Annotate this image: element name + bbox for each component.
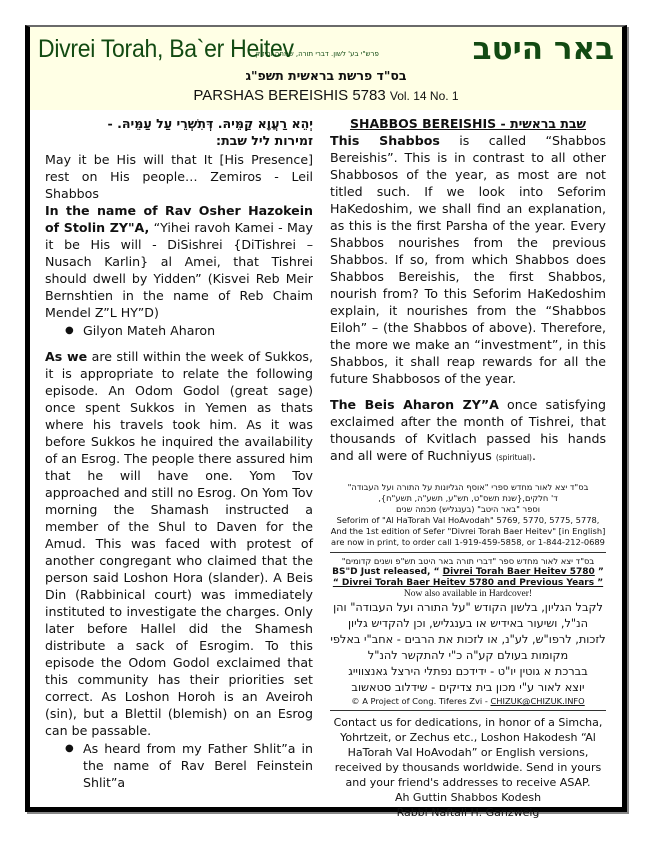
left-column: יְהֵא רַעֲוָא קַמֵּיהּ. דְּתִשְׁרֵי עַל … [45,115,313,791]
hardcover-note: Now also available in Hardcover! [330,589,606,600]
beis-aharon-paragraph: The Beis Aharon ZY”A once satisfying exc… [330,396,606,466]
ad1-he1: בס"ד יצא לאור מחדש ספרי "אוסף הגליונות ע… [330,482,606,493]
shabbos-paragraph: This Shabbos is called “Shabbos Bereishi… [330,132,606,387]
ad2-release-line: BS"D Just released, “ Divrei Torah Baer … [330,567,606,578]
greeting: Ah Guttin Shabbos Kodesh [330,790,606,805]
bullet-icon: ● [65,322,83,339]
contact-box: Contact us for dedications, in honor of … [330,711,606,820]
volume-number: Vol. 14 No. 1 [390,89,459,103]
title-subtitle-hebrew: פרש"י בע' לשון. דברי תורה, שמחה וחיזוק. [253,50,379,58]
section-title: SHABBOS BEREISHIS - שבת בראשית [330,115,606,132]
ad1-en1: Seforim of "Al HaTorah Val HoAvodah" 576… [330,515,606,526]
ad2-he-big2: הנ"ל, ושיעור באידיש או בענגליש, וכן להקד… [330,616,606,632]
release-link-5780[interactable]: Divrei Torah Baer Heitev 5780 [443,567,595,577]
intro-paragraph: In the name of Rav Osher Hazokein of Sto… [45,202,313,321]
p1-text: is called “Shabbos Bereishis”. This is i… [330,133,606,386]
ad2-he1: בס"ד יצא לאור מחדש ספר "דברי תורה באר הי… [330,556,606,567]
bullet-text: As heard from my Father Shlit”a in the n… [83,740,313,791]
story-bold: As we [45,349,87,364]
copyright-text: © A Project of Cong. Tiferes Zvi - [351,696,490,706]
parsha-hebrew: בס"ד פרשת בראשית תשפ"ג [30,68,622,83]
masthead: Divrei Torah, Ba`er Heitev פרש"י בע' לשו… [30,27,622,110]
ad2-he-big5: בברכת א גוטין יו"ט - ידידכם נפתלי הירצל … [330,664,606,680]
story-paragraph: As we are still within the week of Sukko… [45,348,313,739]
parsha-english: PARSHAS BEREISHIS 5783 Vol. 14 No. 1 [30,87,622,104]
copyright-line: © A Project of Cong. Tiferes Zvi - CHIZU… [330,696,606,707]
signature: Rabbi Naftali H. Ganzweig [330,805,606,820]
source-bullet-1: ● Gilyon Mateh Aharon [65,322,313,339]
title-hebrew: באר היטב [473,31,614,67]
bullet-icon: ● [65,740,83,791]
email-link[interactable]: CHIZUK@CHIZUK.INFO [490,696,584,706]
bullet-text: Gilyon Mateh Aharon [83,322,215,339]
story-text: are still within the week of Sukkos, it … [45,349,313,738]
contact-text: Contact us for dedications, in honor of … [330,715,606,790]
quote-hebrew-line2: זמירות ליל שבת: [45,132,313,149]
intro-text: “Yihei ravoh Kamei - May it be His will … [45,220,313,320]
release-link-previous[interactable]: “ Divrei Torah Baer Heitev 5780 and Prev… [330,578,606,589]
p2-end: . [532,448,536,463]
ad1-en3: are now in print, to order call 1-919-45… [330,537,606,548]
p2-bold: The Beis Aharon ZY”A [330,397,499,412]
newsletter-frame: Divrei Torah, Ba`er Heitev פרש"י בע' לשו… [25,25,627,812]
title-row: Divrei Torah, Ba`er Heitev פרש"י בע' לשו… [36,33,616,69]
ad2-he-big6: יוצא לאור ע"י מכון בית צדיקים - שידלוב ס… [330,680,606,696]
release-suffix: ” [595,567,604,577]
ad2-he-big3: לזכות, לרפו"ש, לע"נ, או לזכות את הרבים -… [330,632,606,648]
p1-bold: This Shabbos [330,133,440,148]
quote-hebrew-line1: יְהֵא רַעֲוָא קַמֵּיהּ. דְּתִשְׁרֵי עַל … [45,115,313,132]
ad2-he-big1: לקבל הגליון, בלשון הקודש "על התורה ועל ה… [330,600,606,616]
source-bullet-2: ● As heard from my Father Shlit”a in the… [65,740,313,791]
ad1-he2: ד' חלקים,{שנת תשס"ט, תש"ע, תשע"ה, תשע"ח}… [330,493,606,504]
parsha-name: PARSHAS BEREISHIS 5783 [193,87,385,104]
quote-translation: May it be His will that It [His Presence… [45,151,313,202]
ad1-he3: וספר "באר היטב" (בענגליש) מכמה שנים [330,504,606,515]
seforim-ad: בס"ד יצא לאור מחדש ספרי "אוסף הגליונות ע… [330,482,606,553]
release-prefix: BS"D Just released, “ [332,567,443,577]
p2-small: (spiritual) [496,453,532,462]
ad1-en2: And the 1st edition of Sefer "Divrei Tor… [330,526,606,537]
new-release-ad: בס"ד יצא לאור מחדש ספר "דברי תורה באר הי… [330,553,606,711]
ad2-he-big4: מקומות בעולם קע"ה כ"י להתקשר להנ"ל [330,648,606,664]
right-column: SHABBOS BEREISHIS - שבת בראשית This Shab… [330,115,606,820]
